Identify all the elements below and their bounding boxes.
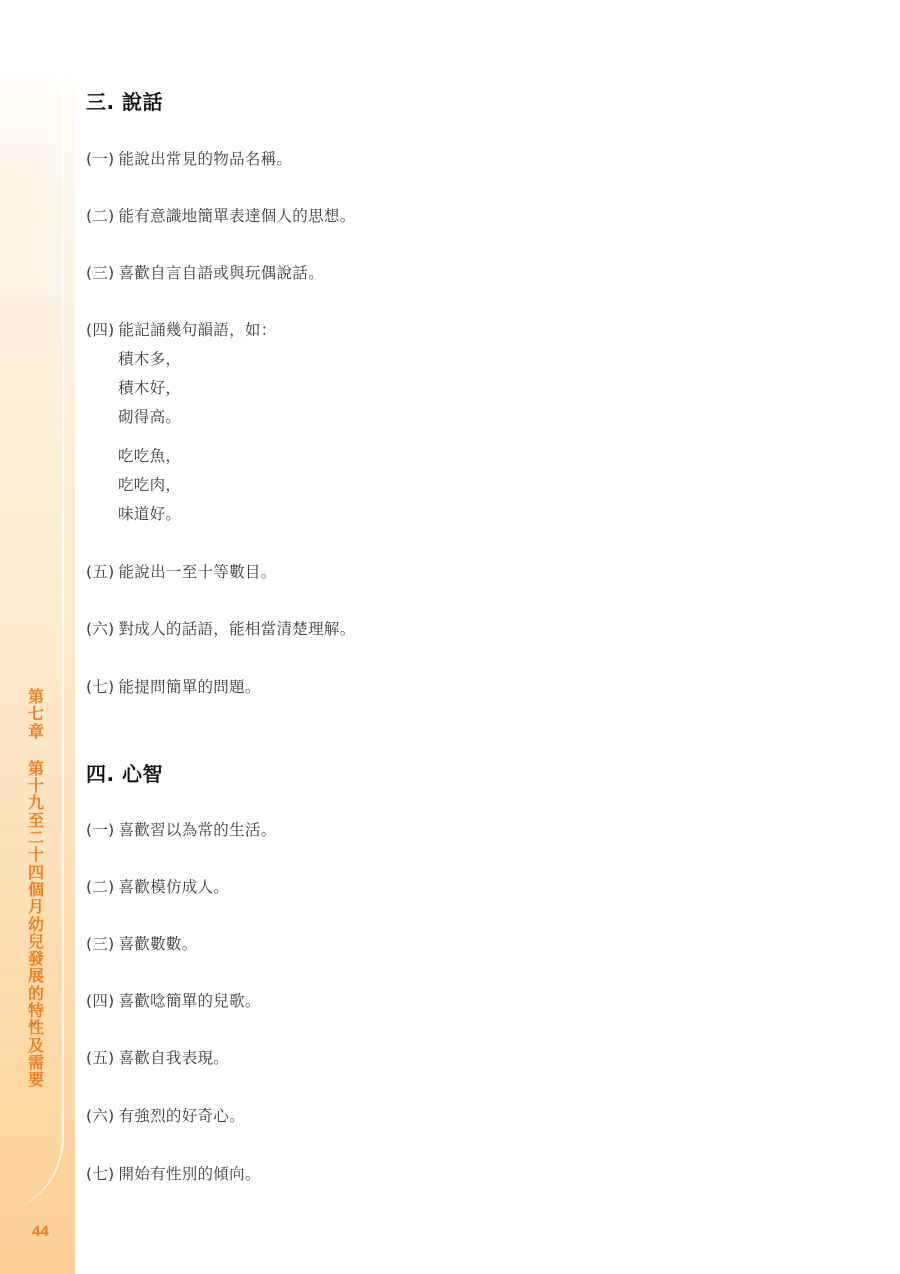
item-marker: (一) bbox=[86, 147, 115, 169]
list-item: (二)喜歡模仿成人。 bbox=[86, 875, 229, 897]
item-marker: (二) bbox=[86, 875, 115, 897]
list-item: (五)喜歡自我表現。 bbox=[86, 1046, 229, 1068]
verse-line: 砌得高。 bbox=[118, 405, 181, 427]
list-item: (六)對成人的話語，能相當清楚理解。 bbox=[86, 617, 356, 639]
item-marker: (三) bbox=[86, 932, 115, 954]
item-marker: (四) bbox=[86, 318, 115, 340]
list-item: (三)喜歡數數。 bbox=[86, 932, 198, 954]
verse-line: 吃吃肉， bbox=[118, 473, 181, 495]
list-item: (七)能提問簡單的問題。 bbox=[86, 675, 261, 697]
list-item: (四)喜歡唸簡單的兒歌。 bbox=[86, 989, 261, 1011]
item-text: 喜歡習以為常的生活。 bbox=[119, 821, 277, 839]
item-marker: (三) bbox=[86, 261, 115, 283]
page-number: 44 bbox=[32, 1223, 49, 1240]
list-item: (一)喜歡習以為常的生活。 bbox=[86, 818, 277, 840]
item-text: 喜歡唸簡單的兒歌。 bbox=[119, 992, 261, 1010]
item-marker: (二) bbox=[86, 204, 115, 226]
item-marker: (五) bbox=[86, 1046, 115, 1068]
item-marker: (一) bbox=[86, 818, 115, 840]
item-marker: (六) bbox=[86, 617, 115, 639]
item-text: 能有意識地簡單表達個人的思想。 bbox=[119, 207, 356, 225]
chapter-sidebar: 第七章 第十九至二十四個月幼兒發展的特性及需要 44 bbox=[0, 0, 75, 1274]
item-text: 喜歡模仿成人。 bbox=[119, 878, 230, 896]
chapter-label: 第七章 bbox=[26, 688, 46, 740]
list-item: (四)能記誦幾句韻語，如： bbox=[86, 318, 277, 340]
item-text: 有強烈的好奇心。 bbox=[119, 1107, 245, 1125]
item-marker: (五) bbox=[86, 560, 115, 582]
item-marker: (四) bbox=[86, 989, 115, 1011]
item-marker: (六) bbox=[86, 1104, 115, 1126]
list-item: (三)喜歡自言自語或與玩偶說話。 bbox=[86, 261, 324, 283]
item-text: 喜歡自言自語或與玩偶說話。 bbox=[119, 264, 324, 282]
verse-line: 味道好。 bbox=[118, 502, 181, 524]
list-item: (七)開始有性別的傾向。 bbox=[86, 1162, 261, 1184]
item-text: 喜歡自我表現。 bbox=[119, 1049, 230, 1067]
item-text: 能記誦幾句韻語，如： bbox=[119, 321, 277, 339]
item-text: 能說出常見的物品名稱。 bbox=[119, 150, 293, 168]
verse-line: 吃吃魚， bbox=[118, 444, 181, 466]
list-item: (五)能說出一至十等數目。 bbox=[86, 560, 277, 582]
item-text: 能提問簡單的問題。 bbox=[119, 678, 261, 696]
section-heading-speech: 三. 說話 bbox=[86, 86, 163, 115]
item-text: 喜歡數數。 bbox=[119, 935, 198, 953]
verse-line: 積木多， bbox=[118, 347, 181, 369]
list-item: (六)有強烈的好奇心。 bbox=[86, 1104, 245, 1126]
item-text: 對成人的話語，能相當清楚理解。 bbox=[119, 620, 356, 638]
list-item: (二)能有意識地簡單表達個人的思想。 bbox=[86, 204, 356, 226]
list-item: (一)能說出常見的物品名稱。 bbox=[86, 147, 292, 169]
verse-line: 積木好， bbox=[118, 376, 181, 398]
item-text: 能說出一至十等數目。 bbox=[119, 563, 277, 581]
section-heading-cognition: 四. 心智 bbox=[86, 758, 163, 787]
item-marker: (七) bbox=[86, 1162, 115, 1184]
chapter-title: 第十九至二十四個月幼兒發展的特性及需要 bbox=[26, 760, 46, 1089]
item-text: 開始有性別的傾向。 bbox=[119, 1165, 261, 1183]
item-marker: (七) bbox=[86, 675, 115, 697]
chapter-vertical-title: 第七章 第十九至二十四個月幼兒發展的特性及需要 bbox=[26, 688, 46, 1089]
